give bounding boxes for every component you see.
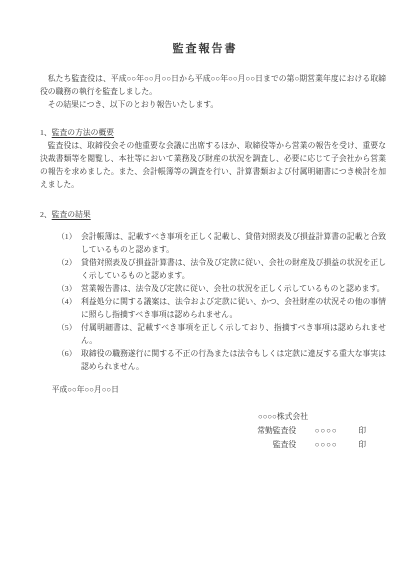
signer-role: 常勤監査役 xyxy=(234,424,296,437)
section-1-body: 監査役は、取締役会その他重要な会議に出席するほか、取締役等から営業の報告を受け、… xyxy=(40,139,386,191)
section-2-number: 2、 xyxy=(40,210,52,219)
result-item: （1） 会計帳簿は、記載すべき事項を正しく記載し、貸借対照表及び損益計算書の記載… xyxy=(57,230,386,256)
result-item-text: 取締役の職務遂行に関する不正の行為または法令もしくは定款に違反する重大な事実は認… xyxy=(81,347,386,373)
signer-role: 監査役 xyxy=(234,438,296,451)
results-list: （1） 会計帳簿は、記載すべき事項を正しく記載し、貸借対照表及び損益計算書の記載… xyxy=(40,230,386,373)
section-2-heading: 2、監査の結果 xyxy=(40,208,386,221)
result-item: （5） 付属明細書は、記載すべき事項を正しく示しており、指摘すべき事項は認められ… xyxy=(57,321,386,347)
intro-paragraph-1: 私たち監査役は、平成○○年○○月○○日から平成○○年○○月○○日までの第○期営業… xyxy=(40,72,386,98)
signer-name: ○○○○ xyxy=(304,438,348,451)
result-item-text: 利益処分に関する議案は、法令および定款に従い、かつ、会社財産の状況その他の事情に… xyxy=(81,295,386,321)
company-name: ○○○○株式会社 xyxy=(214,410,366,423)
section-1-heading: 1、監査の方法の概要 xyxy=(40,126,386,139)
section-2-heading-label: 監査の結果 xyxy=(52,210,91,219)
result-item-text: 会計帳簿は、記載すべき事項を正しく記載し、貸借対照表及び損益計算書の記載と合致し… xyxy=(81,230,386,256)
result-item: （2） 貸借対照表及び損益計算書は、法令及び定款に従い、会社の財産及び損益の状況… xyxy=(57,256,386,282)
seal-label: 印 xyxy=(358,438,366,451)
result-item-number: （4） xyxy=(57,295,81,308)
report-date: 平成○○年○○月○○日 xyxy=(40,383,386,396)
result-item-number: （1） xyxy=(57,230,81,243)
result-item-number: （6） xyxy=(57,347,81,360)
signer-name: ○○○○ xyxy=(304,424,348,437)
signer-row: 常勤監査役 ○○○○ 印 xyxy=(214,424,366,437)
signature-block: ○○○○株式会社 常勤監査役 ○○○○ 印 監査役 ○○○○ 印 xyxy=(214,410,366,451)
document-page: 監査報告書 私たち監査役は、平成○○年○○月○○日から平成○○年○○月○○日まで… xyxy=(0,0,410,580)
result-item: （4） 利益処分に関する議案は、法令および定款に従い、かつ、会社財産の状況その他… xyxy=(57,295,386,321)
result-item-text: 付属明細書は、記載すべき事項を正しく示しており、指摘すべき事項は認められません。 xyxy=(81,321,386,347)
section-1-number: 1、 xyxy=(40,128,52,137)
result-item-number: （2） xyxy=(57,256,81,269)
result-item-text: 営業報告書は、法令及び定款に従い、会社の状況を正しく示しているものと認めます。 xyxy=(81,282,386,295)
document-title: 監査報告書 xyxy=(40,42,370,56)
result-item-text: 貸借対照表及び損益計算書は、法令及び定款に従い、会社の財産及び損益の状況を正しく… xyxy=(81,256,386,282)
signer-row: 監査役 ○○○○ 印 xyxy=(214,438,366,451)
result-item: （6） 取締役の職務遂行に関する不正の行為または法令もしくは定款に違反する重大な… xyxy=(57,347,386,373)
seal-label: 印 xyxy=(358,424,366,437)
intro-paragraph-2: その結果につき、以下のとおり報告いたします。 xyxy=(40,98,386,111)
section-1-heading-label: 監査の方法の概要 xyxy=(52,128,114,137)
result-item: （3） 営業報告書は、法令及び定款に従い、会社の状況を正しく示しているものと認め… xyxy=(57,282,386,295)
result-item-number: （5） xyxy=(57,321,81,334)
intro-block: 私たち監査役は、平成○○年○○月○○日から平成○○年○○月○○日までの第○期営業… xyxy=(40,72,386,111)
result-item-number: （3） xyxy=(57,282,81,295)
